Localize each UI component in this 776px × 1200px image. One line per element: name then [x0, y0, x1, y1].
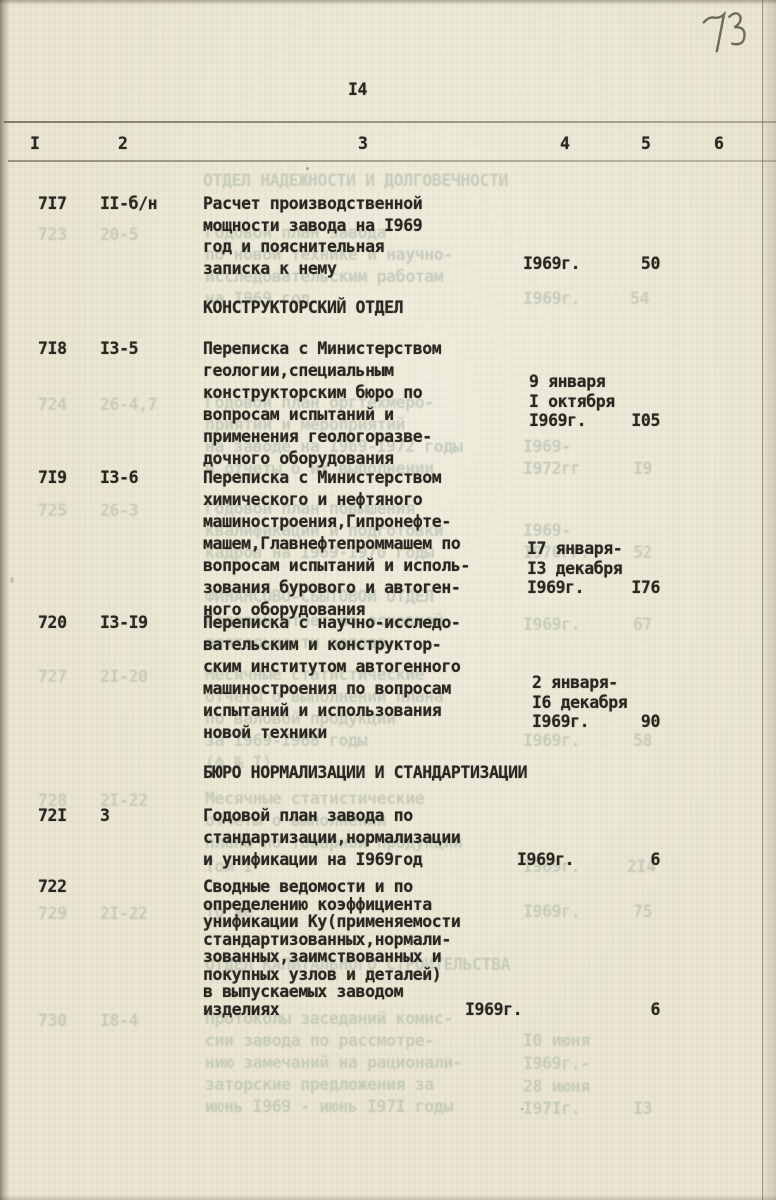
- entry-title-line: машем,Главнефтепроммашем по: [203, 533, 460, 555]
- entry-title-line: применения геологоразве-: [203, 426, 432, 448]
- entry-date-line: I7 января-: [527, 538, 622, 560]
- entry-title-line: конструкторским бюро по: [203, 382, 422, 404]
- entry-title-line: изделиях: [203, 999, 279, 1021]
- entry-sheet-count: 50: [596, 253, 660, 275]
- entry-title-line: зования бурового и автоген-: [203, 577, 460, 599]
- paper-edge-bottom: [0, 1194, 776, 1200]
- entry-title-line: вательским и конструктор-: [203, 634, 441, 656]
- entry-title-line: Переписка с научно-исследо-: [203, 612, 460, 634]
- ruled-line-bottom: [8, 160, 776, 162]
- entry-sheet-count: I05: [596, 410, 660, 432]
- entry-number: 7I8: [38, 338, 67, 360]
- entry-title-line: мощности завода на I969: [203, 215, 422, 237]
- folio-number-handwritten: [700, 7, 757, 58]
- entry-index: II-б/н: [100, 193, 157, 215]
- entry-title-line: испытаний и использования: [203, 700, 441, 722]
- entry-title-line: Переписка с Министерством: [203, 338, 441, 360]
- entry-date-line: I969г.: [517, 849, 574, 871]
- entry-title-line: машиностроения по вопросам: [203, 678, 451, 700]
- paper-edge-top: [0, 0, 776, 5]
- entry-title-line: геологии,специальным: [203, 360, 394, 382]
- entry-date-line: 9 января: [529, 371, 605, 393]
- entry-index: I3-I9: [100, 612, 148, 634]
- paper-speck: [306, 167, 309, 170]
- archive-page: ОТДЕЛ НАДЕЖНОСТИ И ДОЛГОВЕЧНОСТИ72320-5Г…: [0, 0, 776, 1200]
- column-header-4: 4: [560, 133, 570, 155]
- entry-sheet-count: 6: [596, 999, 660, 1021]
- entry-number: 7I9: [38, 467, 67, 489]
- entry-date-line: I969г.: [529, 410, 586, 432]
- entry-number: 72I: [38, 805, 67, 827]
- entry-title-line: Годовой план завода по: [203, 805, 413, 827]
- entry-title-line: и унификации на I969год: [203, 849, 422, 871]
- entry-date-line: I969г.: [465, 999, 522, 1021]
- entry-number: 7I7: [38, 193, 67, 215]
- entry-title-line: машиностроения,Гипронефте-: [203, 511, 451, 533]
- column-header-6: 6: [714, 133, 724, 155]
- entry-sheet-count: 6: [596, 849, 660, 871]
- entry-number: 720: [38, 612, 67, 634]
- paper-edge-right: [762, 0, 776, 1200]
- section-header: БЮРО НОРМАЛИЗАЦИИ И СТАНДАРТИЗАЦИИ: [203, 762, 527, 784]
- entry-title-line: химического и нефтяного: [203, 489, 422, 511]
- column-header-3: 3: [358, 133, 368, 155]
- entry-index: I3-5: [100, 338, 138, 360]
- paper-speck: [10, 577, 14, 583]
- entry-title-line: стандартизации,нормализации: [203, 827, 460, 849]
- page-number: I4: [348, 79, 367, 101]
- entry-index: 3: [100, 805, 110, 827]
- ruled-line-top: [4, 121, 776, 123]
- entry-title-line: вопросам испытаний и исполь-: [203, 555, 470, 577]
- column-header-5: 5: [641, 133, 651, 155]
- paper-edge-left: [0, 0, 10, 1200]
- section-header: КОНСТРУКТОРСКИЙ ОТДЕЛ: [203, 297, 403, 319]
- entry-index: I3-6: [100, 467, 138, 489]
- entry-title-line: Расчет производственной: [203, 193, 422, 215]
- paper-speck: [521, 1108, 523, 1110]
- entry-title-line: новой техники: [203, 722, 327, 744]
- entry-number: 722: [38, 876, 67, 898]
- column-header-1: I: [30, 133, 40, 155]
- entry-title-line: записка к нему: [203, 258, 336, 280]
- entry-title-line: год и пояснительная: [203, 236, 384, 258]
- column-header-2: 2: [118, 133, 128, 155]
- entry-date-line: I969г.: [523, 253, 580, 275]
- rows-layer: I4 I 2 3 4 5 6 7I7II-б/нРасчет производс…: [0, 0, 776, 1200]
- entry-date-line: I969г.: [532, 711, 589, 733]
- entry-sheet-count: 90: [596, 711, 660, 733]
- entry-title-line: вопросам испытаний и: [203, 404, 394, 426]
- entry-date-line: 2 января-: [532, 672, 618, 694]
- entry-date-line: I969г.: [527, 577, 584, 599]
- entry-title-line: Переписка с Министерством: [203, 467, 441, 489]
- entry-sheet-count: I76: [596, 577, 660, 599]
- entry-title-line: ским институтом автогенного: [203, 656, 460, 678]
